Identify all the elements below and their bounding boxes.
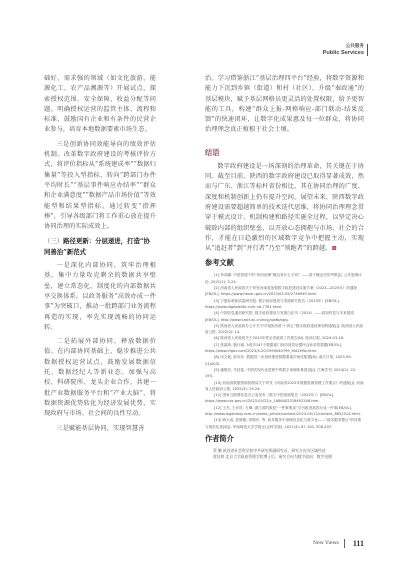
reference-item: [9] 潘维亮, 马桂铭. 中国式现代化进程中的数字治理体系建设[J]. 江海学…: [205, 367, 364, 380]
reference-item: [13] 韩大成, 张继敏, 常路东, 等. 政务服务中治理信息化与数字化——“…: [205, 417, 364, 430]
paragraph: 二是拓展外部协同，释放数据价值。在内部协同基础上，稳步推进公共数据授权运营试点，…: [44, 337, 156, 419]
paragraph: 础好、需求强的领域（如文化旅游、能源化工、农产品溯源等）开展试点，探索授权范围、…: [44, 74, 156, 136]
reference-item: [10] 河南省数据资源管理局关于印发《河南省2025年数据资源管理工作要点》的…: [205, 380, 364, 393]
reference-item: [3] 宁夏标准和质量研究院. 数字政府建设与发展研究报告（2023年）[EB/…: [205, 298, 364, 311]
page-footer: New Views 111: [313, 539, 364, 548]
conclusion-heading: 结语: [205, 148, 364, 158]
subheading-number: （三）: [44, 237, 63, 245]
left-column: 础好、需求强的领域（如文化旅游、能源化工、农产品溯源等）开展试点，探索授权范围、…: [44, 74, 156, 434]
reference-item: [12] 王杰, 王仔旺, 方琳. 浙江省的源是“一件事集成”平台推进高效办成一…: [205, 405, 364, 418]
reference-item: [8] 闵文艳, 彭向东. 数据进一步加快推进数据要素市场化配置[N]. 南方日…: [205, 354, 364, 367]
header-divider: [367, 44, 368, 56]
paragraph: 一是深化内部协同，筑牢治理根基。集中力量攻克剩余的数据共享壁垒，建立常态化、制度…: [44, 261, 156, 333]
page-number: 111: [353, 539, 364, 548]
reference-item: [7] 张嘉琦, 甄计丽. 5省市147个数据部门协同高效处置民众诉求的数据[E…: [205, 342, 364, 355]
conclusion-paragraph: 数字政府建设是一场深刻的治理革命，其关键在于协同。截至目前，陕西的数字政府建设已…: [205, 162, 364, 255]
authors-heading: 作者简介: [205, 434, 364, 444]
right-column: 治。学习借鉴浙江“基层治理四平台”经验，将数字资源和能力下沉到乡镇（街道）和村（…: [205, 74, 364, 461]
reference-item: [11] 国家互联网信息办公室发布《数字中国发展报告（2022年）》[EB/OL…: [205, 392, 364, 405]
reference-item: [6] 陕西省人民政府关于2023年度全省政府工作报告[N]. 陕西日报, 20…: [205, 335, 364, 341]
author-bio: 贾佳婷 北京大学政府管理学院博士后，研究方向为数字政府、数字治理: [205, 454, 364, 460]
footer-divider: [344, 539, 345, 548]
magazine-name: New Views: [313, 541, 339, 546]
running-header: 公共服务 Public Services: [323, 44, 364, 57]
subheading: （三）路径更新：分层递进，打造“协同善治”新范式: [44, 236, 156, 257]
conclusion-text: 数字政府建设是一场深刻的治理革命，其关键在于协同。截至目前，陕西的数字政府建设已…: [205, 163, 364, 252]
paragraph: 三是赋能基层协同，实现智慧善: [44, 424, 156, 434]
reference-item: [4] 中国信息通信研究院. 数字政府建设与发展白皮书（2024）——真知灼见与…: [205, 310, 364, 323]
references-list: [1] 李卓鹏. 中国语境下的“协同治理”概念有什么不同？——基于概念史的考察[…: [205, 272, 364, 429]
references-heading: 参考文献: [205, 258, 364, 268]
paragraph: 治。学习借鉴浙江“基层治理四平台”经验，将数字资源和能力下沉到乡镇（街道）和村（…: [205, 74, 364, 136]
reference-item: [5] 陕西省人民政府办公厅关于印发陕西省“十四五”数字政府建设规划的通知[J]…: [205, 323, 364, 336]
paragraph: 三是创新协同效能导向的绩效评估机制。改革数字政府建设的考核评价方式，将评价指标从…: [44, 140, 156, 233]
reference-item: [1] 李卓鹏. 中国语境下的“协同治理”概念有什么不同？——基于概念史的考察[…: [205, 272, 364, 285]
reference-item: [2] 河南省人民政府关于印发河南省加强数字政府建设实施方案（2023—2025…: [205, 285, 364, 298]
section-name-en: Public Services: [323, 50, 364, 57]
end-mark-icon: ⊠: [331, 245, 336, 252]
